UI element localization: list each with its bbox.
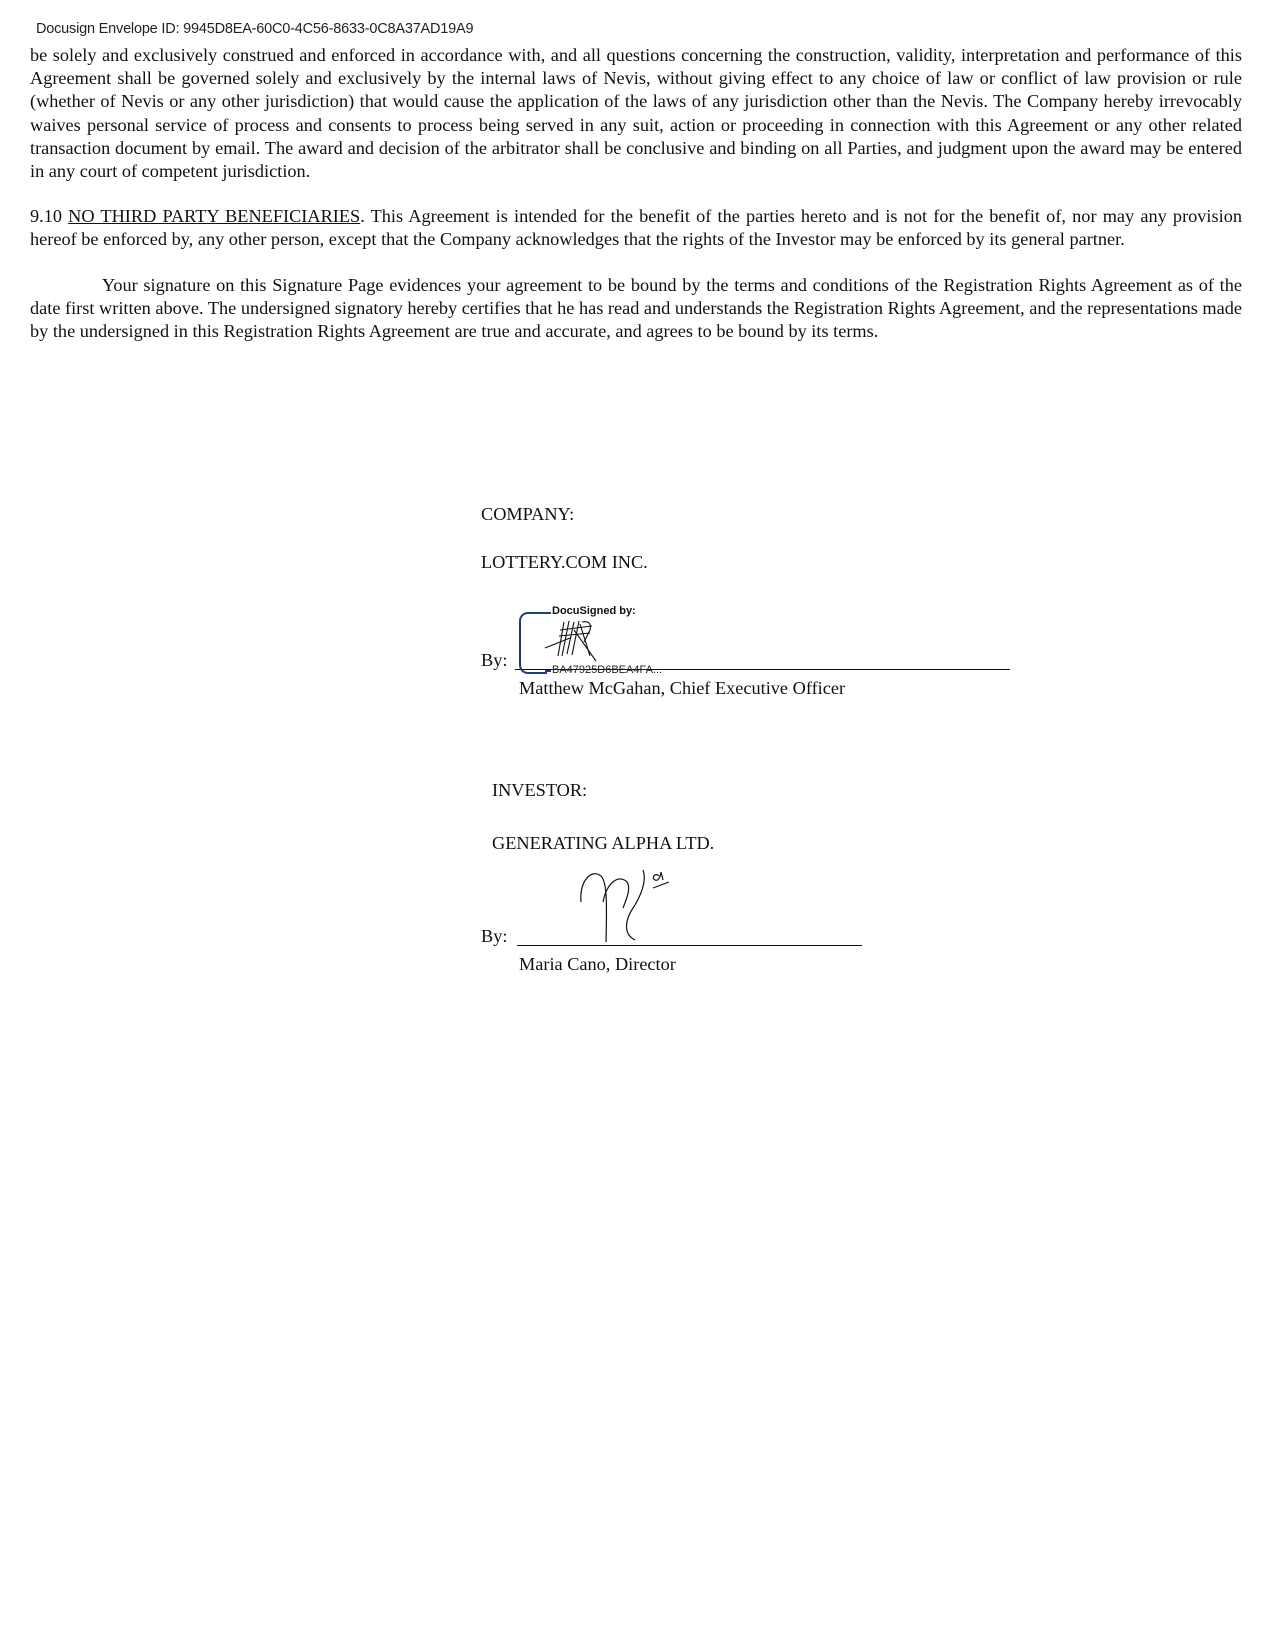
investor-signatory-name: Maria Cano, Director [519,954,676,975]
company-signature-icon [530,616,610,670]
section-heading: NO THIRD PARTY BENEFICIARIES [68,206,360,226]
investor-by-label: By: [481,926,507,947]
signature-acknowledgement-paragraph: Your signature on this Signature Page ev… [30,274,1242,344]
investor-label: INVESTOR: [492,780,587,801]
section-number: 9.10 [30,206,68,226]
document-body: be solely and exclusively construed and … [30,44,1242,365]
company-label: COMPANY: [481,504,574,525]
docusign-envelope-hash: BA47925D6BEA4FA... [552,664,662,676]
docusign-bracket-bottom [545,670,551,672]
company-by-label: By: [481,650,507,671]
docusign-envelope-id: Docusign Envelope ID: 9945D8EA-60C0-4C56… [36,21,473,37]
investor-signature-icon [575,862,695,952]
governing-law-paragraph: be solely and exclusively construed and … [30,44,1242,183]
investor-entity-name: GENERATING ALPHA LTD. [492,833,714,854]
company-entity-name: LOTTERY.COM INC. [481,552,648,573]
company-signatory-name: Matthew McGahan, Chief Executive Officer [519,678,845,699]
docusign-bracket-top [545,612,551,614]
investor-signature-line [517,945,862,946]
section-9-10-paragraph: 9.10 NO THIRD PARTY BENEFICIARIES. This … [30,205,1242,251]
